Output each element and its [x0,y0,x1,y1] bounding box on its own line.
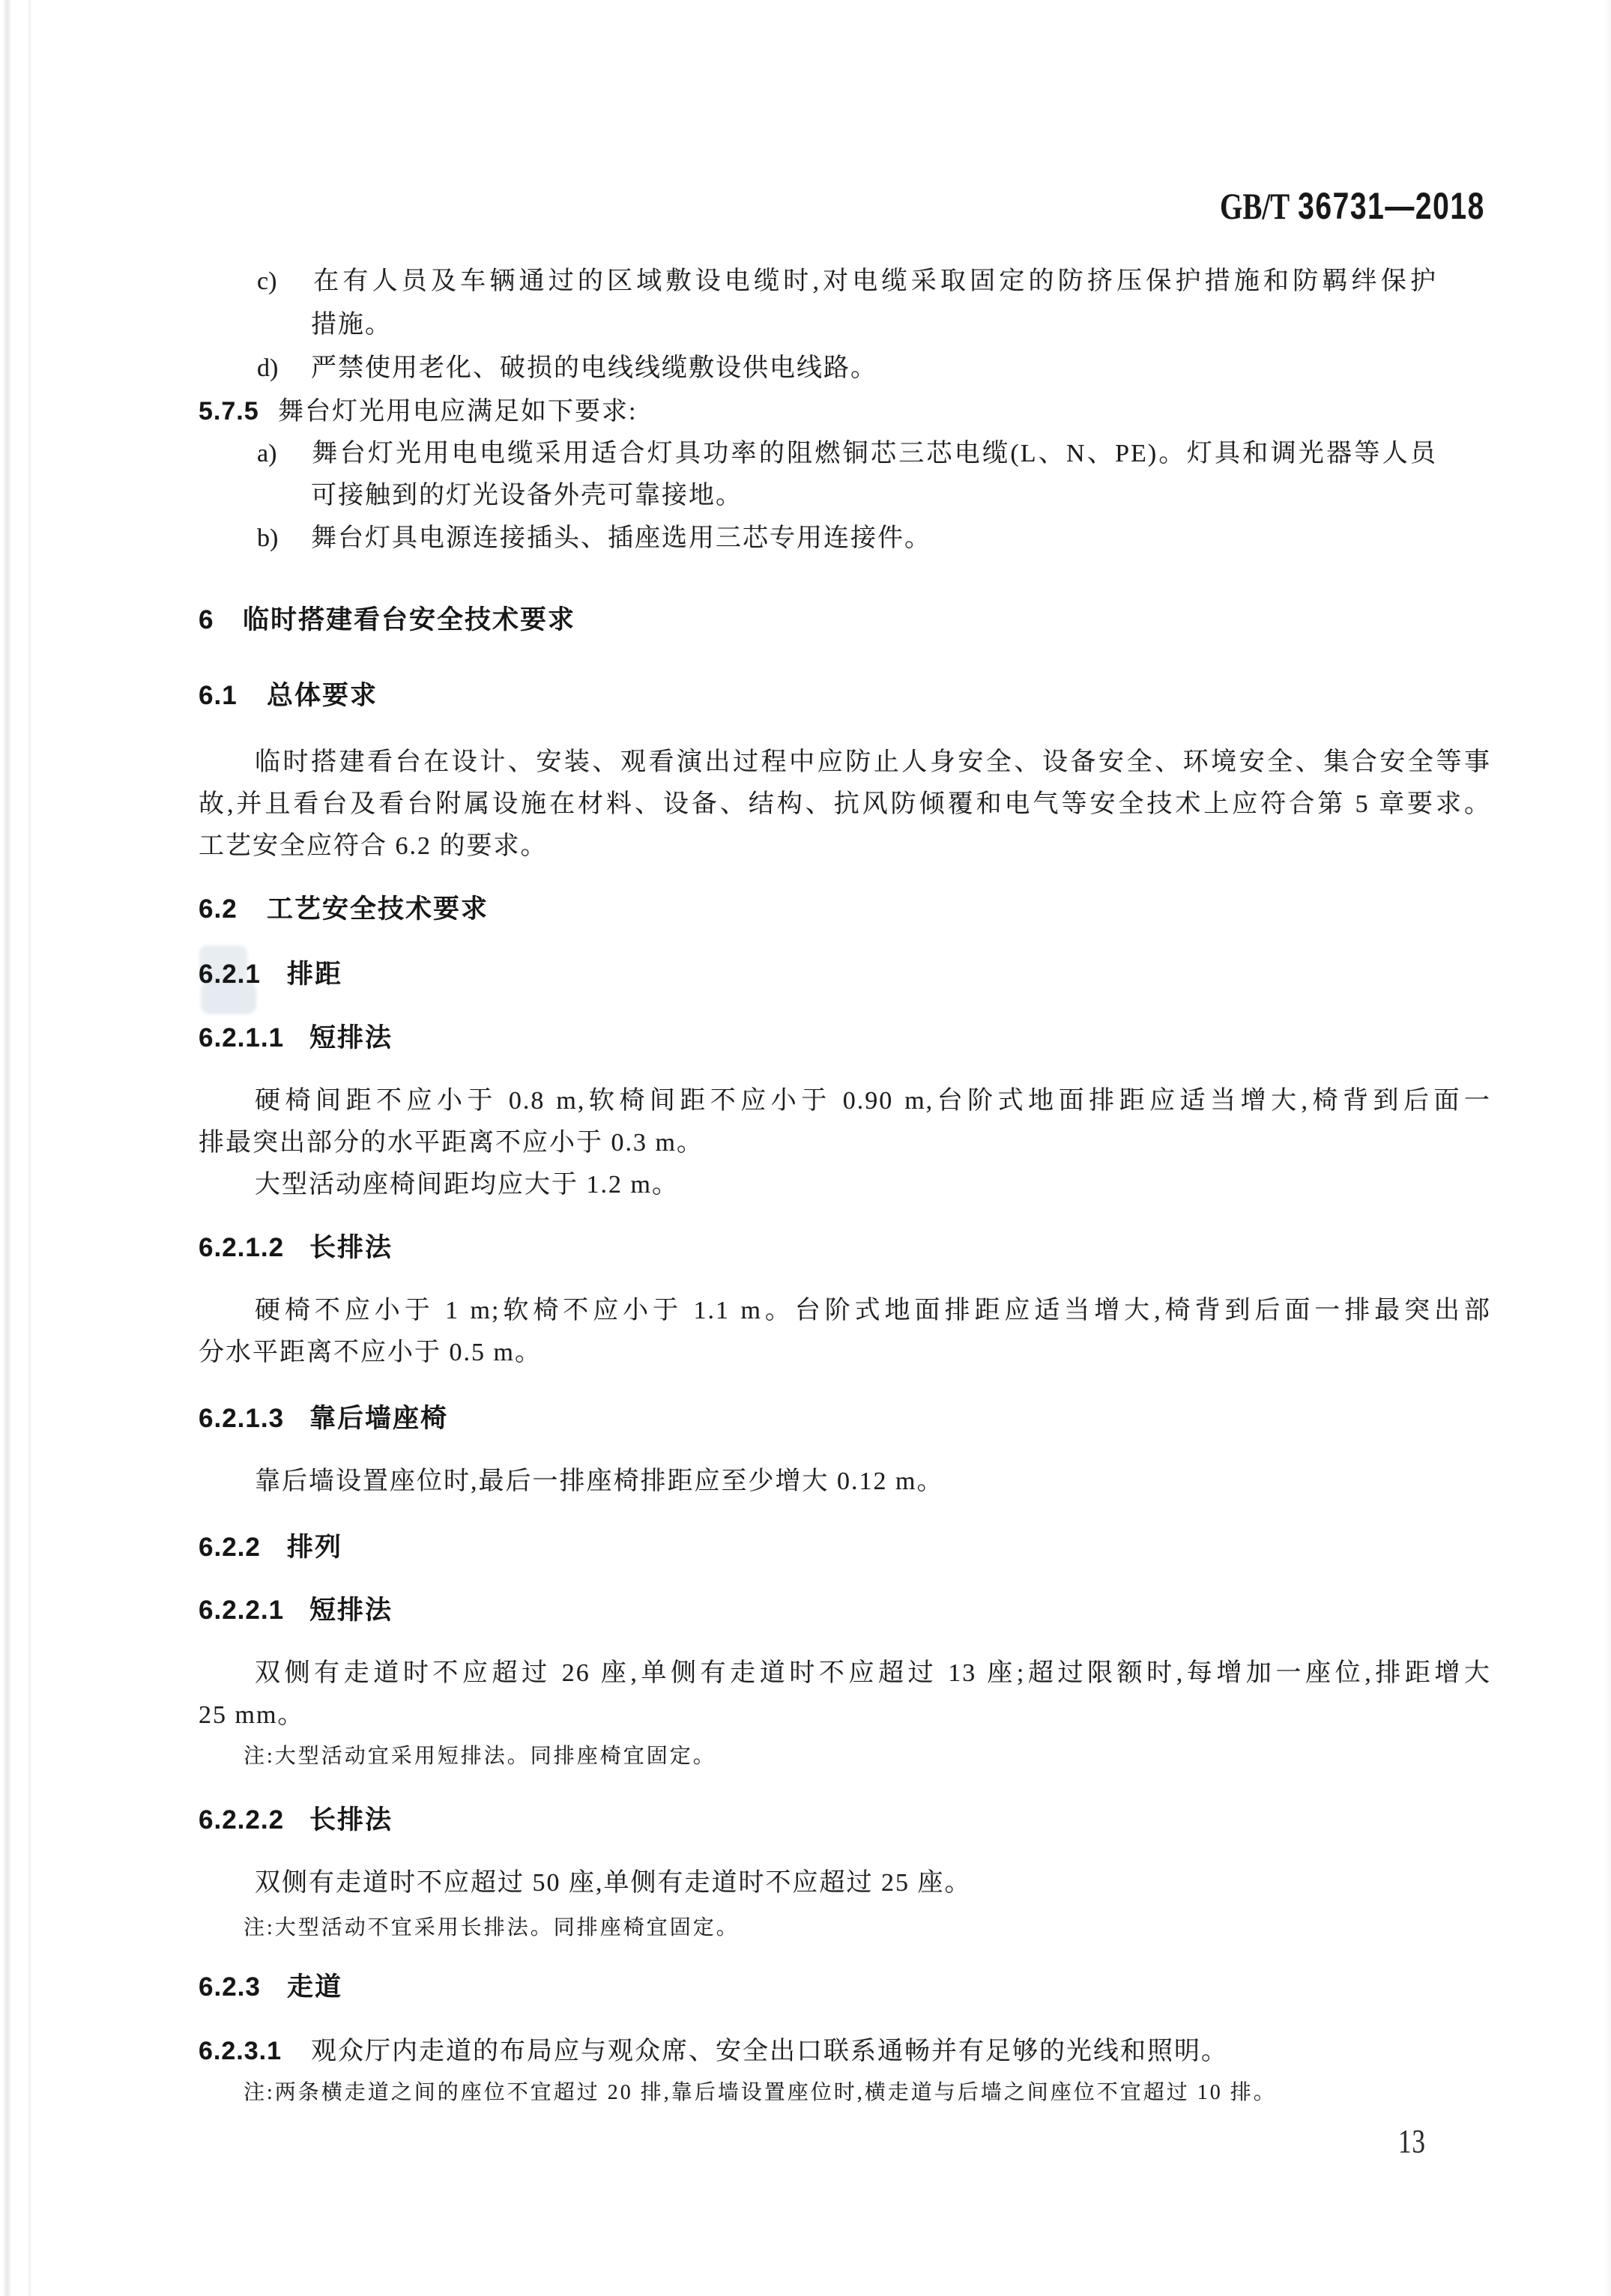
scan-edge-line-left-2 [28,0,31,2296]
heading-number: 6.2.1.3 [199,1405,309,1434]
page-number: 13 [1398,2122,1426,2160]
heading-title: 短排法 [309,1596,393,1625]
document-page: GB/T36731—2018 c)在有人员及车辆通过的区域敷设电缆时,对电缆采取… [0,0,1611,2296]
para-6-1-line-3: 工艺安全应符合 6.2 的要求。 [199,832,548,861]
list-text: 严禁使用老化、破损的电线线缆敷设供电线路。 [311,354,877,382]
heading-title: 排距 [287,960,342,989]
note-6-2-3-1: 注:两条横走道之间的座位不宜超过 20 排,靠后墙设置座位时,横走道与后墙之间座… [244,2081,1277,2104]
para-long-row-line-2: 分水平距离不应小于 0.5 m。 [199,1339,542,1367]
para-seats-50: 双侧有走道时不应超过 50 座,单侧有走道时不应超过 25 座。 [255,1869,972,1897]
heading-number: 6.2.2.1 [199,1596,309,1626]
heading-number: 6.2.2.2 [199,1806,309,1835]
clause-text: 观众厅内走道的布局应与观众席、安全出口联系通畅并有足够的光线和照明。 [311,2038,1228,2065]
heading-number: 6.2.3 [199,1973,287,2002]
standard-number: 36731—2018 [1298,185,1485,227]
standard-number-header: GB/T36731—2018 [1220,187,1485,225]
note-6-2-2-1: 注:大型活动宜采用短排法。同排座椅宜固定。 [244,1745,716,1768]
para-6-1-line-1: 临时搭建看台在设计、安装、观看演出过程中应防止人身安全、设备安全、环境安全、集合… [255,748,1491,777]
list-text: 舞台灯具电源连接插头、插座选用三芯专用连接件。 [311,524,931,552]
para-back-wall: 靠后墙设置座位时,最后一排座椅排距应至少增大 0.12 m。 [255,1467,943,1496]
heading-number: 6.2.1.2 [199,1234,309,1263]
heading-title: 工艺安全技术要求 [267,894,489,924]
heading-6-2-3: 6.2.3走道 [199,1973,342,2002]
list-label: a) [257,440,311,468]
heading-title: 长排法 [309,1233,393,1262]
clause-text: 舞台灯光用电应满足如下要求: [278,398,637,425]
heading-6-1: 6.1总体要求 [199,682,378,711]
heading-title: 总体要求 [267,681,378,710]
heading-6: 6临时搭建看台安全技术要求 [199,606,575,635]
heading-number: 6.2.1.1 [199,1024,309,1053]
note-6-2-2-2: 注:大型活动不宜采用长排法。同排座椅宜固定。 [244,1916,740,1939]
list-text: 舞台灯光用电电缆采用适合灯具功率的阻燃铜芯三芯电缆(L、N、PE)。灯具和调光器… [311,440,1437,467]
standard-prefix: GB/T [1220,185,1290,227]
clause-number: 5.7.5 [199,397,278,425]
list-item-b: b)舞台灯具电源连接插头、插座选用三芯专用连接件。 [257,524,931,553]
heading-number: 6.2.2 [199,1533,287,1563]
para-seats-26-line-1: 双侧有走道时不应超过 26 座,单侧有走道时不应超过 13 座;超过限额时,每增… [255,1659,1491,1688]
heading-6-2-2-2: 6.2.2.2长排法 [199,1806,393,1835]
list-item-a-line-2: 可接触到的灯光设备外壳可靠接地。 [311,482,743,510]
list-item-a-line-1: a)舞台灯光用电电缆采用适合灯具功率的阻燃铜芯三芯电缆(L、N、PE)。灯具和调… [257,440,1437,468]
clause-6-2-3-1: 6.2.3.1观众厅内走道的布局应与观众席、安全出口联系通畅并有足够的光线和照明… [199,2037,1228,2066]
list-label: b) [257,524,311,553]
list-item-d: d)严禁使用老化、破损的电线线缆敷设供电线路。 [257,354,877,383]
para-long-row-line-1: 硬椅不应小于 1 m;软椅不应小于 1.1 m。台阶式地面排距应适当增大,椅背到… [255,1297,1491,1325]
heading-number: 6.2.1 [199,960,287,990]
heading-number: 6 [199,606,243,635]
clause-number: 6.2.3.1 [199,2037,311,2065]
heading-6-2-2: 6.2.2排列 [199,1533,342,1563]
list-label: c) [257,267,311,296]
heading-6-2-1: 6.2.1排距 [199,960,342,990]
para-short-row-line-1: 硬椅间距不应小于 0.8 m,软椅间距不应小于 0.90 m,台阶式地面排距应适… [255,1087,1491,1115]
list-label: d) [257,354,311,383]
clause-5-7-5: 5.7.5舞台灯光用电应满足如下要求: [199,397,637,426]
heading-title: 短排法 [309,1023,393,1052]
heading-title: 走道 [287,1972,342,2002]
heading-number: 6.1 [199,682,267,711]
heading-6-2: 6.2工艺安全技术要求 [199,895,489,924]
list-text: 在有人员及车辆通过的区域敷设电缆时,对电缆采取固定的防挤压保护措施和防羁绊保护 [311,267,1437,295]
heading-6-2-1-3: 6.2.1.3靠后墙座椅 [199,1405,448,1434]
list-item-c-line-1: c)在有人员及车辆通过的区域敷设电缆时,对电缆采取固定的防挤压保护措施和防羁绊保… [257,267,1437,296]
heading-6-2-1-2: 6.2.1.2长排法 [199,1234,393,1263]
heading-title: 临时搭建看台安全技术要求 [243,605,575,634]
heading-6-2-2-1: 6.2.2.1短排法 [199,1596,393,1626]
para-short-row-line-3: 大型活动座椅间距均应大于 1.2 m。 [255,1171,679,1199]
heading-title: 长排法 [309,1805,393,1835]
heading-6-2-1-1: 6.2.1.1短排法 [199,1024,393,1053]
scan-edge-line-right [1605,0,1611,2296]
heading-number: 6.2 [199,895,267,924]
scan-edge-line-left [4,0,10,2296]
heading-title: 排列 [287,1533,342,1562]
list-item-c-line-2: 措施。 [311,311,392,339]
para-short-row-line-2: 排最突出部分的水平距离不应小于 0.3 m。 [199,1129,704,1157]
heading-title: 靠后墙座椅 [309,1404,448,1433]
para-seats-26-line-2: 25 mm。 [199,1701,304,1730]
para-6-1-line-2: 故,并且看台及看台附属设施在材料、设备、结构、抗风防倾覆和电气等安全技术上应符合… [199,790,1491,819]
